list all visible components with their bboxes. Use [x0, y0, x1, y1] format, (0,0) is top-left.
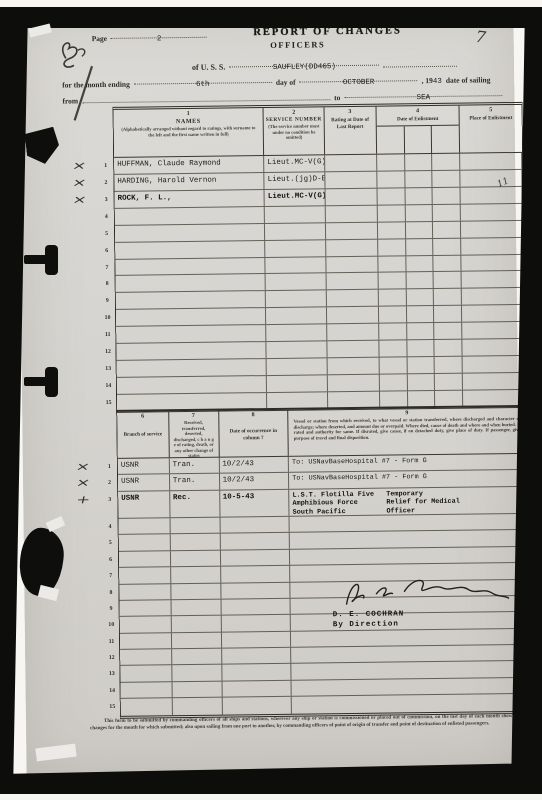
check-x-mark: × [60, 159, 99, 172]
change-cell [171, 550, 221, 566]
date-cell [222, 697, 292, 714]
remarks-cell [291, 629, 528, 647]
place-cell [462, 322, 524, 339]
name-cell: HUFFMAN, Claude Raymond [114, 156, 264, 174]
row-number: 1 [103, 464, 116, 470]
date-cell [222, 648, 292, 664]
col-number: 8 [252, 412, 255, 418]
col-number: 6 [141, 414, 144, 420]
change-cell [170, 534, 220, 550]
uss-prefix-label: of U. S. S. [192, 63, 225, 72]
check-x-mark: + [64, 493, 103, 506]
row-number: 9 [101, 298, 114, 304]
row-number: 14 [106, 688, 119, 694]
binder-clip-3 [24, 367, 60, 397]
col-date-of-occurrence: 8 Date of occurrence in column 7 [219, 410, 289, 457]
remarks-cell [290, 547, 527, 565]
check-x-mark: × [63, 460, 102, 473]
row-number: 1 [99, 163, 112, 169]
row-number: 15 [106, 704, 119, 710]
service-number-cell [265, 240, 326, 257]
binder-clip-2 [24, 245, 60, 275]
ship-name-underline: SAUFLEY(DD465) [229, 55, 379, 68]
officers-table-header: 1 NAMES (Alphabetically arranged without… [114, 105, 523, 158]
name-cell [116, 342, 266, 360]
service-number-cell [266, 291, 327, 308]
date-cell [222, 681, 292, 697]
col-title: Place of Enlistment [466, 115, 515, 122]
service-number-cell: Lieut.MC-V(G) USNR [265, 189, 326, 206]
to-value: SEA [417, 94, 431, 102]
from-underline [82, 89, 330, 103]
branch-cell [119, 518, 171, 534]
date-cell [221, 582, 291, 598]
handwritten-page-mark: 7 [474, 27, 487, 47]
service-number-cell [265, 223, 326, 240]
col-number: 1 [187, 111, 190, 117]
col-note: (The service number must under no condit… [264, 122, 324, 140]
name-cell [116, 291, 266, 309]
day-of-label: day of [276, 78, 296, 87]
service-number-cell [266, 308, 327, 325]
row-number: 11 [101, 332, 114, 338]
change-cell [172, 632, 222, 648]
signatory-name: D. E. COCHRAN [333, 609, 523, 619]
branch-cell [119, 535, 171, 551]
remarks-cell [290, 530, 527, 548]
rating-cell [326, 273, 378, 290]
change-cell [172, 649, 222, 665]
row-number: 9 [105, 606, 118, 612]
place-cell [462, 288, 524, 305]
row-number: 3 [100, 197, 113, 203]
date-cell [221, 615, 291, 631]
name-cell: ROCK, F. L., [115, 190, 265, 208]
to-label: to [334, 93, 340, 102]
col-title: Branch of service [121, 431, 166, 438]
name-cell: HARDING, Harold Vernon [114, 173, 264, 191]
date-cell [220, 517, 290, 533]
row-number: 5 [100, 231, 113, 237]
col-remarks: 9 Vessel or station from which received,… [288, 407, 525, 456]
from-label: from [62, 96, 78, 105]
col-title: Rating at Date of Last Report [325, 117, 376, 131]
row-number: 7 [100, 264, 113, 270]
col-number: 4 [416, 108, 419, 114]
col-place-of-enlistment: 5 Place of Enlistment [460, 105, 522, 153]
handwritten-signature [332, 572, 512, 610]
change-cell [170, 518, 220, 534]
day-underline: 6th [134, 72, 272, 85]
rating-cell [325, 172, 377, 189]
scanned-document-screen: Page 2 REPORT OF CHANGES OFFICERS NOV 4 … [0, 0, 542, 800]
row-number: 8 [104, 589, 117, 595]
name-cell [115, 224, 265, 242]
page-number-underline: 2 [111, 27, 207, 39]
row-number: 13 [102, 366, 115, 372]
branch-cell [120, 617, 172, 633]
place-cell [461, 238, 523, 255]
check-x-mark: × [60, 176, 99, 189]
rating-cell [328, 358, 380, 375]
change-cell [172, 698, 222, 715]
rating-cell [327, 341, 379, 358]
place-cell [463, 339, 525, 356]
remarks-cell [291, 645, 528, 663]
place-cell [463, 356, 525, 373]
col-date-of-enlistment: 4 Date of Enlistment [376, 106, 460, 154]
row-number: 10 [101, 315, 114, 321]
branch-cell [120, 649, 172, 665]
service-number-cell [265, 206, 326, 223]
name-cell [115, 241, 265, 259]
col-number: 5 [489, 107, 492, 113]
rating-cell [325, 189, 377, 206]
row-number: 4 [104, 524, 117, 530]
row-number: 4 [100, 214, 113, 220]
change-cell: Tran. [170, 474, 220, 490]
date-cell [222, 664, 292, 680]
place-cell [460, 153, 522, 170]
change-cell: Tran. [170, 458, 220, 474]
place-cell [461, 187, 523, 204]
check-x-mark: × [60, 193, 99, 206]
branch-cell [119, 584, 171, 600]
row-number: 12 [101, 349, 114, 355]
day-value: 6th [196, 81, 210, 89]
ship-name-underline-2 [383, 56, 457, 68]
place-cell [462, 305, 524, 322]
remarks-cell [290, 514, 527, 532]
row-number: 2 [99, 180, 112, 186]
year-prefix: , 19 [422, 76, 433, 85]
page-number-line: Page 2 [92, 27, 208, 46]
branch-cell [121, 682, 173, 698]
date-of-sailing-label: date of sailing [446, 75, 491, 85]
date-cell: 10/2/43 [220, 473, 290, 489]
row-number: 2 [103, 480, 116, 486]
row-number: 15 [102, 400, 115, 406]
rating-cell [328, 375, 380, 392]
rating-cell [327, 324, 379, 341]
page-number: 2 [157, 35, 162, 43]
scan-border-top [0, 7, 542, 28]
service-number-cell [266, 274, 327, 291]
rating-cell [325, 155, 377, 172]
branch-cell [119, 551, 171, 567]
change-cell [171, 583, 221, 599]
place-cell [461, 170, 523, 187]
date-cell [221, 599, 291, 615]
rating-cell [326, 222, 378, 239]
branch-cell: USNR [118, 475, 170, 491]
date-cell [221, 631, 291, 647]
row-number: 11 [105, 639, 118, 645]
col-branch-of-service: 6 Branch of service [117, 411, 169, 458]
document-page: Page 2 REPORT OF CHANGES OFFICERS NOV 4 … [17, 9, 522, 777]
change-cell [171, 567, 221, 583]
rating-cell [326, 205, 378, 222]
change-cell [172, 681, 222, 697]
date-cell: 10-5-43 [220, 490, 290, 517]
signature-block: D. E. COCHRAN By Direction [332, 572, 523, 629]
year-value: 43 [433, 78, 442, 86]
col-title: Date of occurrence in column 7 [219, 428, 288, 442]
col-number: 2 [292, 110, 295, 116]
branch-cell [120, 600, 172, 616]
col-note: (Alphabetically arranged without regard … [114, 124, 263, 138]
row-number: 6 [104, 557, 117, 563]
row-number: 10 [105, 622, 118, 628]
name-cell [115, 207, 265, 225]
remarks-cell: To: USNavBaseHospital #7 - Form G [289, 454, 526, 472]
check-x-mark: × [64, 476, 103, 489]
place-cell [462, 271, 524, 288]
service-number-cell: Lieut.MC-V(G)USNR [264, 155, 325, 172]
name-cell [116, 308, 266, 326]
place-cell [461, 204, 523, 221]
branch-cell: USNR [118, 491, 170, 518]
change-cell [171, 616, 221, 632]
remarks-cell [292, 661, 529, 679]
to-underline: SEA [344, 85, 502, 98]
row-number: 6 [100, 248, 113, 254]
service-number-cell [266, 257, 327, 274]
rating-cell [326, 256, 378, 273]
name-cell [117, 376, 267, 394]
name-cell [117, 359, 267, 377]
row-number: 14 [102, 383, 115, 389]
rating-cell [327, 290, 379, 307]
service-number-cell [267, 375, 328, 392]
col-names: 1 NAMES (Alphabetically arranged without… [114, 108, 265, 157]
change-cell [171, 600, 221, 616]
row-number: 5 [104, 540, 117, 546]
date-subcolumns [376, 124, 459, 154]
name-cell [116, 274, 266, 292]
col-title: Date of Enlistment [394, 116, 442, 123]
row-number: 12 [105, 655, 118, 661]
place-cell [462, 254, 524, 271]
remarks-cell: To: USNavBaseHospital #7 - Form G [289, 470, 526, 488]
branch-cell [119, 567, 171, 583]
place-cell [461, 221, 523, 238]
service-number-cell [267, 358, 328, 375]
place-cell [463, 373, 525, 390]
month-ending-label: for the month ending [62, 80, 130, 90]
date-cell [221, 566, 291, 582]
col-title: Vessel or station from which received, t… [288, 415, 525, 441]
col-service-number: 2 SERVICE NUMBER (The service number mus… [264, 107, 325, 155]
date-cell [220, 550, 290, 566]
report-subtitle: OFFICERS [228, 39, 368, 51]
service-number-cell [266, 325, 327, 342]
col-title: Received, transferred, deserted, dischar… [169, 419, 218, 459]
branch-cell: USNR [118, 458, 170, 474]
change-cell [172, 665, 222, 681]
remarks-cell [292, 678, 529, 696]
changes-table: 6 Branch of service 7 Received, transfer… [116, 405, 530, 719]
change-cell: Rec. [170, 490, 220, 517]
date-cell [220, 533, 290, 549]
name-cell [115, 258, 265, 276]
rating-cell [327, 307, 379, 324]
row-number: 8 [101, 281, 114, 287]
service-number-cell: Lieut.(jg)D-E(V(G)USNR [265, 172, 326, 189]
row-number: 3 [103, 497, 116, 503]
col-rating: 3 Rating at Date of Last Report [324, 107, 376, 155]
officers-table: 1 NAMES (Alphabetically arranged without… [112, 102, 526, 413]
officers-table-body: × 1 HUFFMAN, Claude Raymond Lieut.MC-V(G… [114, 153, 525, 412]
col-number: 3 [348, 109, 351, 115]
row-number: 7 [104, 573, 117, 579]
changes-table-header: 6 Branch of service 7 Received, transfer… [117, 407, 526, 459]
rating-cell [326, 239, 378, 256]
service-number-cell [267, 341, 328, 358]
remarks-cell: L.S.T. Flotilla Five Temporary Amphibiou… [289, 487, 526, 516]
branch-cell [120, 633, 172, 649]
remarks-cell [292, 694, 529, 713]
branch-cell [121, 698, 173, 715]
col-change-of-status: 7 Received, transferred, deserted, disch… [169, 411, 219, 458]
branch-cell [120, 666, 172, 682]
month-underline: OCTOBER [299, 70, 417, 82]
row-number: 13 [105, 671, 118, 677]
name-cell [116, 325, 266, 343]
date-cell: 10/2/43 [219, 457, 289, 473]
